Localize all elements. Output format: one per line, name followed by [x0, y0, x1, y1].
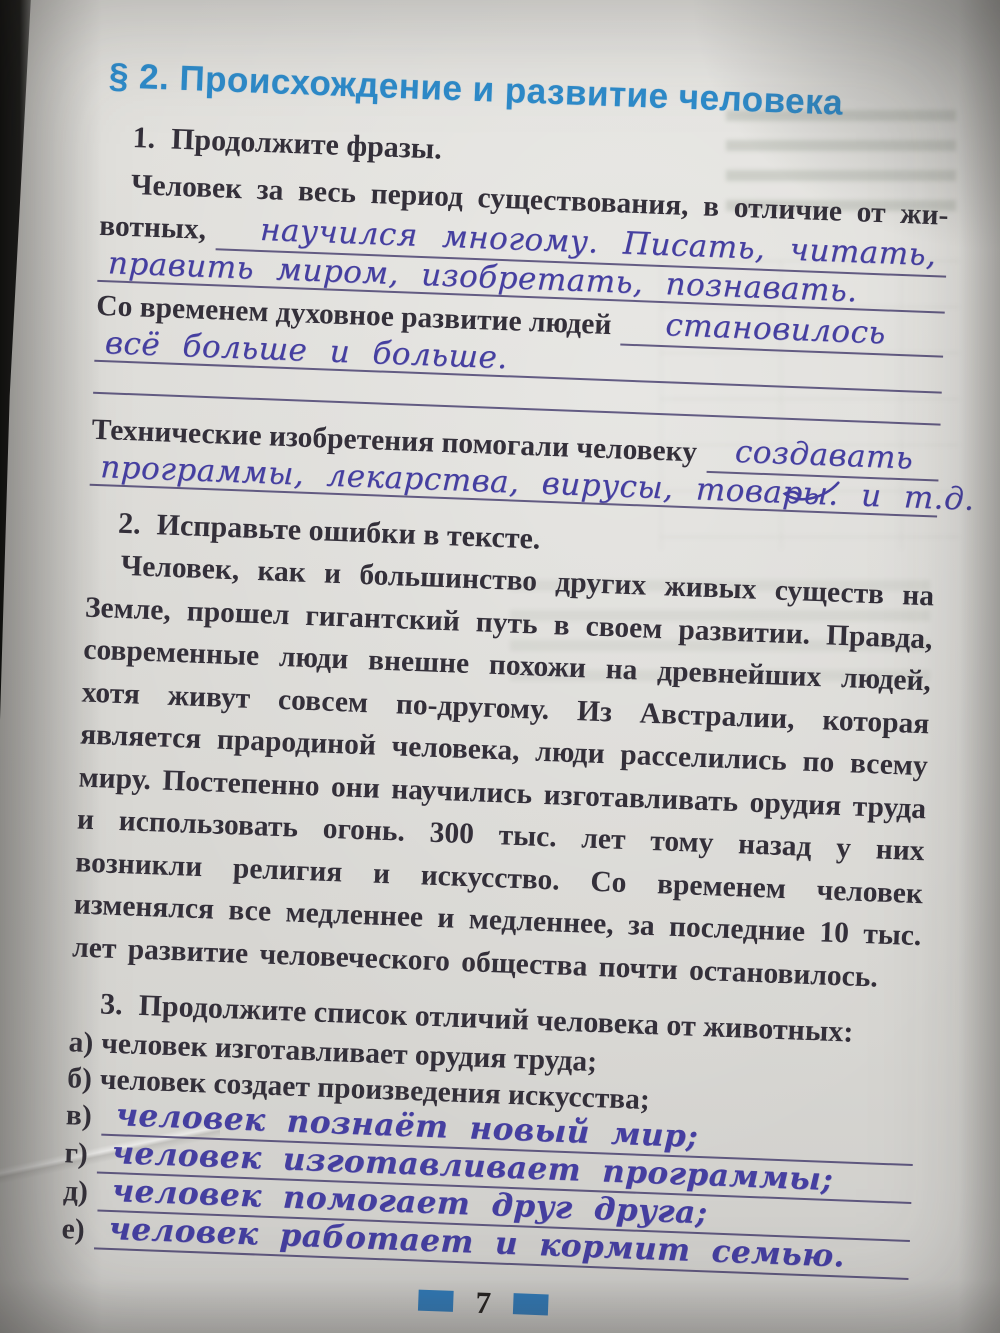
task2-number: 2. — [118, 507, 142, 541]
handwritten-answer: создавать — [706, 433, 914, 477]
handwritten-answer: становилось — [621, 306, 887, 352]
task1-number: 1. — [132, 121, 156, 155]
page-right-shadow — [954, 0, 1000, 1333]
corner-shadow — [680, 0, 1000, 260]
page-bottom-shadow — [0, 1273, 1000, 1333]
task2-paragraph: Человек, как и большинство других живых … — [72, 544, 935, 1001]
workbook-page-photo: § 2. Происхождение и развитие человека 1… — [0, 0, 1000, 1333]
ink-arrow-squiggle-icon — [779, 478, 842, 510]
task1-title: Продолжите фразы. — [171, 123, 443, 166]
